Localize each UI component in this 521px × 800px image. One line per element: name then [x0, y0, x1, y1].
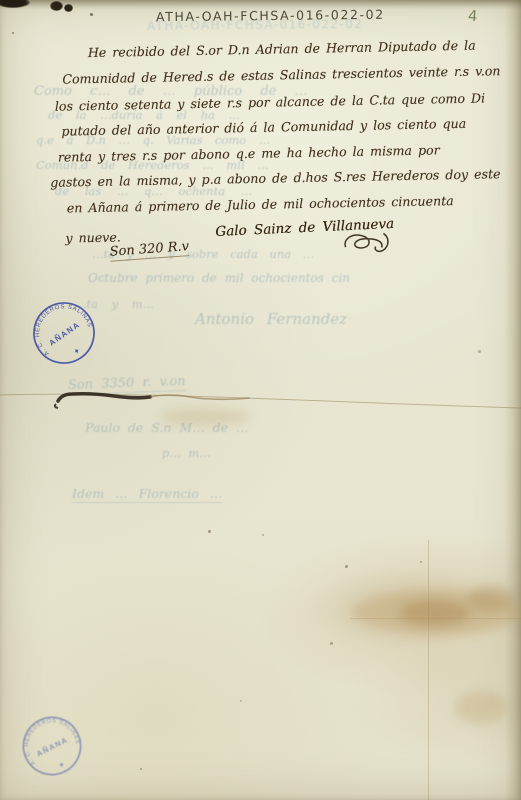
paper-speck	[420, 561, 422, 563]
paper-speck	[240, 700, 242, 702]
archive-stamp: A. C. HEREDEROS SALINAS AÑANA ✦	[22, 291, 106, 375]
paper-speck	[12, 32, 14, 34]
scanned-document-page: ATHA-OAH-FCHSA-016-022-02 ATHA-OAH-FCHSA…	[0, 0, 521, 800]
paper-speck	[345, 565, 348, 568]
stamp-star-icon: ✦	[57, 759, 67, 770]
paper-speck	[330, 642, 333, 645]
paper-speck	[140, 768, 142, 770]
archive-stamp-faint: A. C. HEREDEROS SALINAS AÑANA ✦	[12, 706, 92, 786]
stain	[160, 408, 250, 426]
stamp-star-icon: ✦	[72, 346, 83, 357]
paper-speck	[262, 534, 264, 536]
fold-crease-ink-smear	[0, 0, 521, 800]
stain	[455, 690, 507, 724]
paper-speck	[208, 530, 211, 533]
stamp-center-text: AÑANA	[35, 735, 70, 759]
stain	[400, 600, 470, 626]
stain	[468, 586, 514, 612]
vertical-crease	[428, 540, 429, 800]
paper-speck	[478, 350, 481, 353]
stamp-center-text: AÑANA	[47, 320, 82, 348]
paper-speck	[90, 13, 93, 16]
